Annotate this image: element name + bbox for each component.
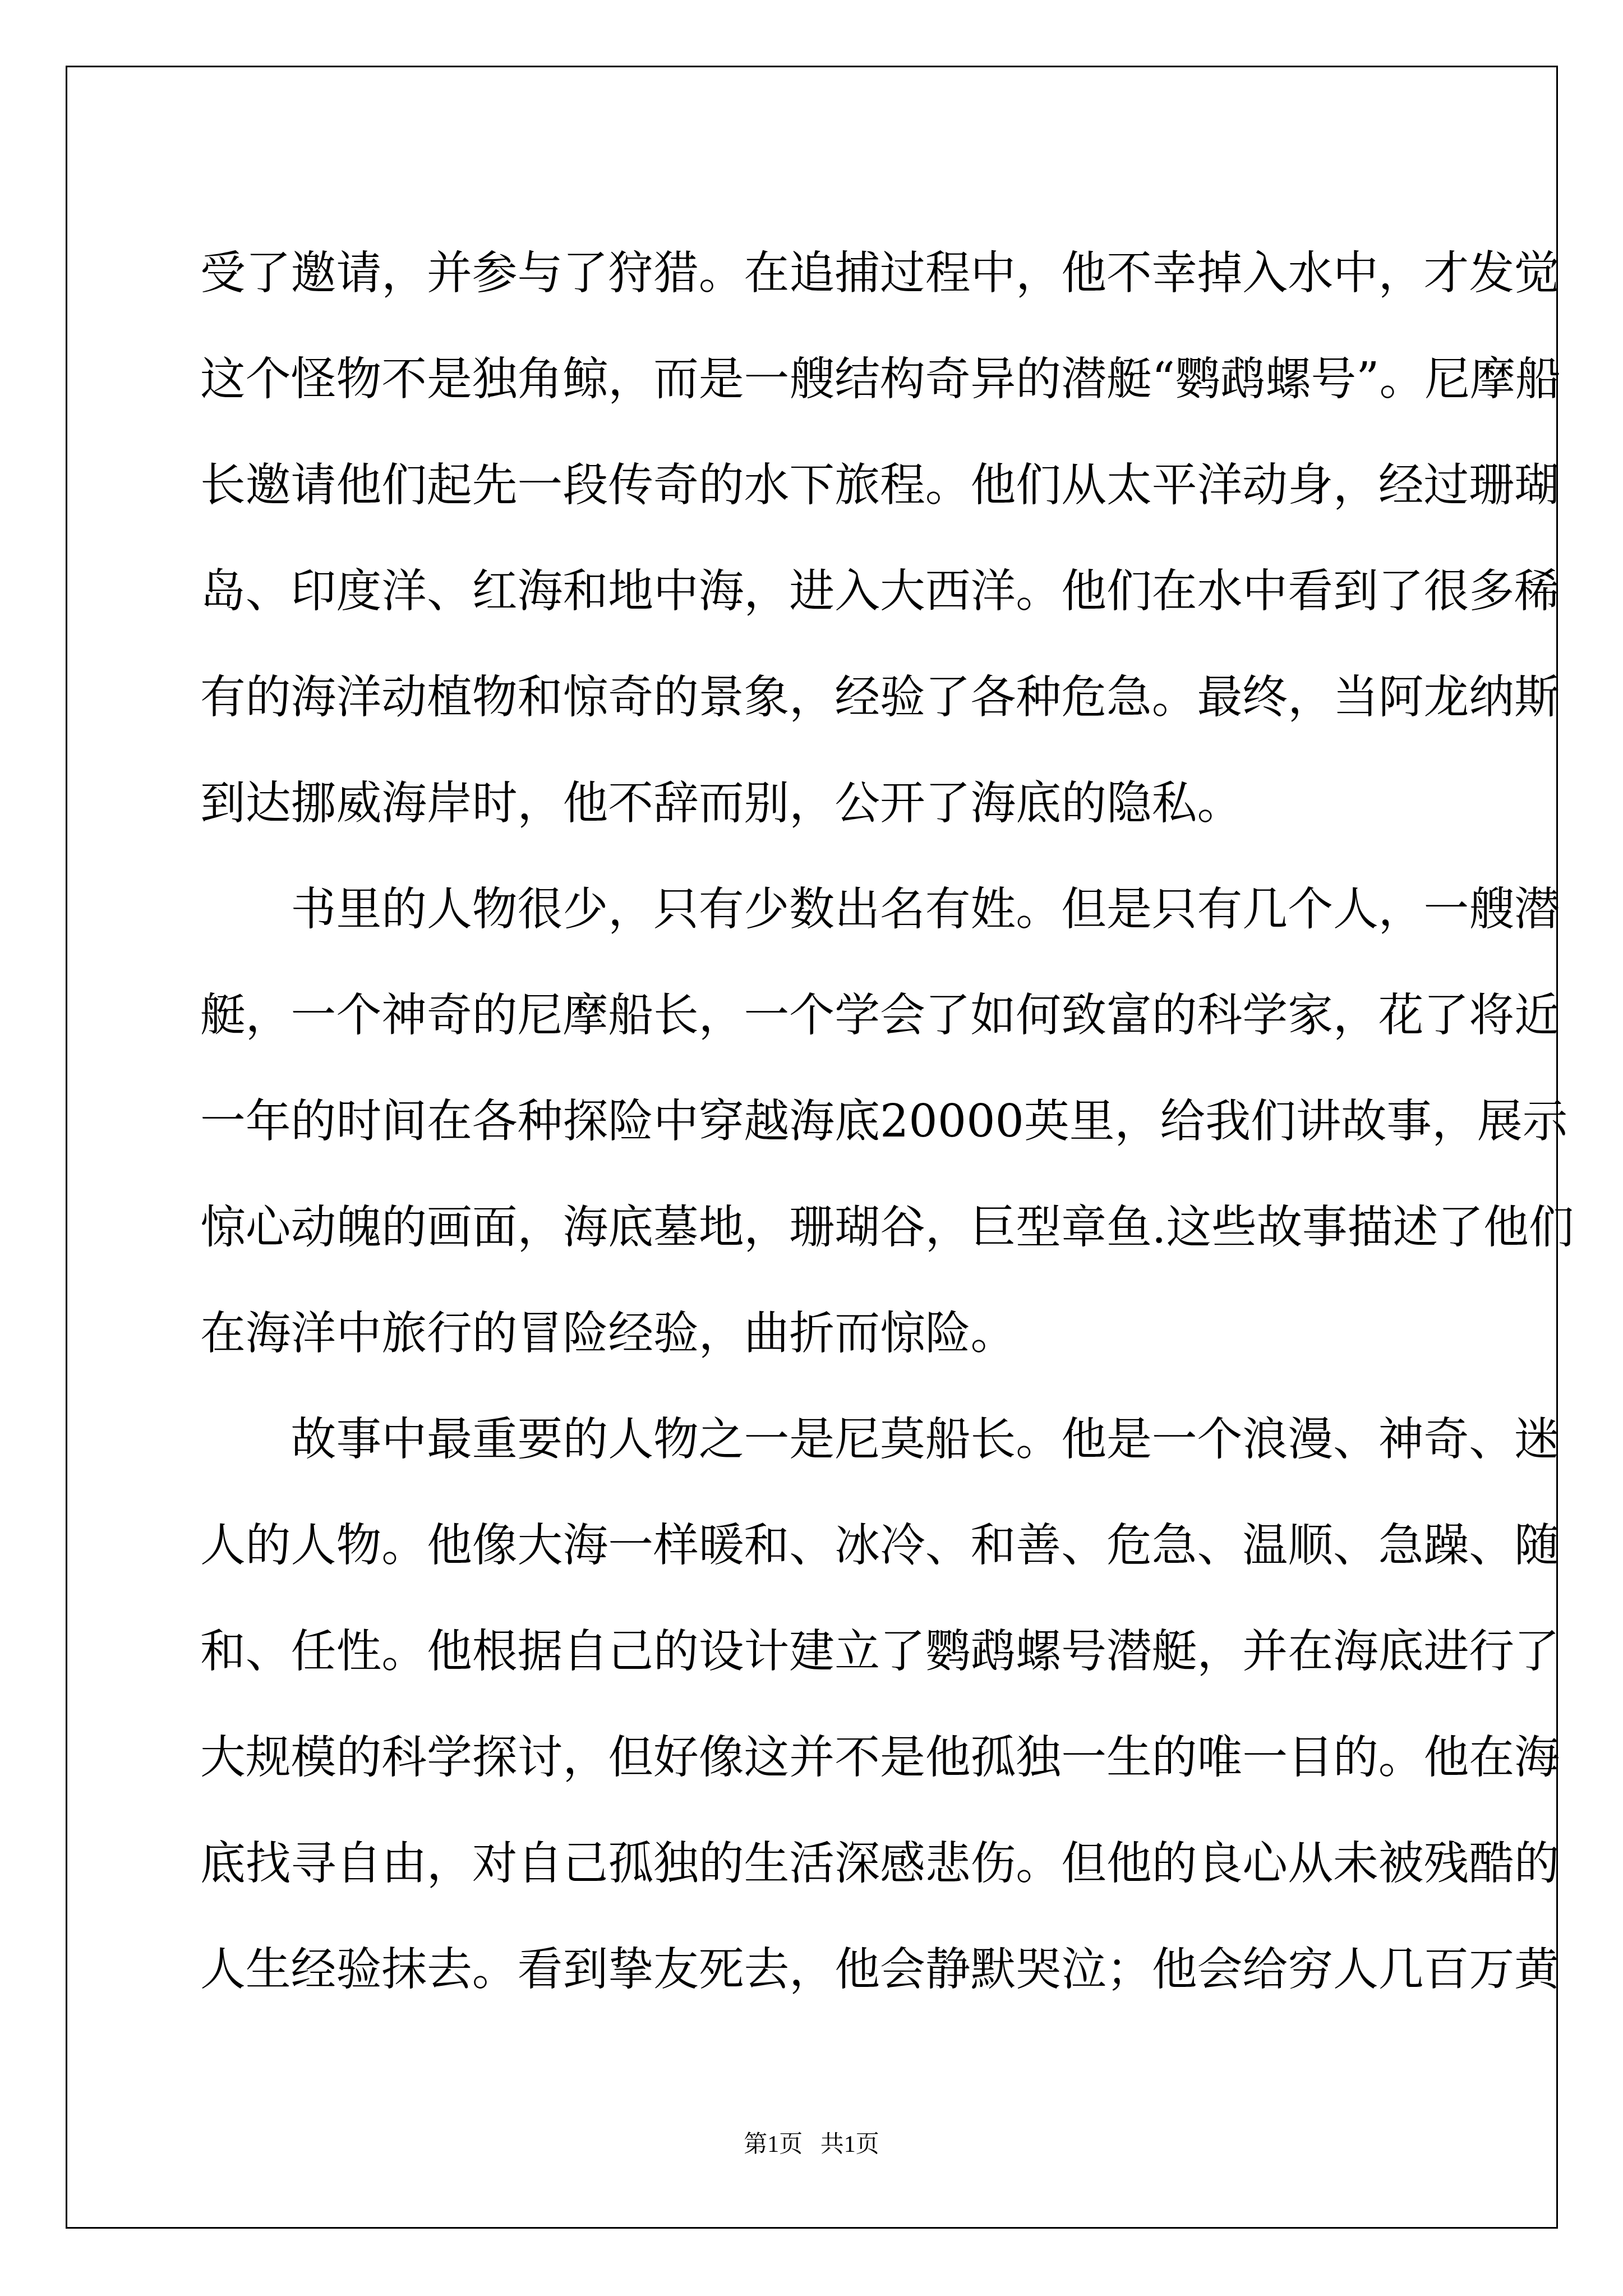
text-line: 惊心动魄的画面，海底墓地，珊瑚谷，巨型章鱼.这些故事描述了他们 [200, 1175, 1425, 1281]
paragraph-1: 受了邀请，并参与了狩猎。在追捕过程中，他不幸掉入水中，才发觉 这个怪物不是独角鲸… [200, 220, 1425, 857]
text-line: 和、任性。他根据自己的设计建立了鹦鹉螺号潜艇，并在海底进行了 [200, 1599, 1425, 1705]
text-line: 受了邀请，并参与了狩猎。在追捕过程中，他不幸掉入水中，才发觉 [200, 220, 1425, 326]
text-line: 底找寻自由，对自己孤独的生活深感悲伤。但他的良心从未被残酷的 [200, 1811, 1425, 1917]
paragraph-2: 书里的人物很少，只有少数出名有姓。但是只有几个人，一艘潜 艇，一个神奇的尼摩船长… [200, 857, 1425, 1387]
text-line: 大规模的科学探讨，但好像这并不是他孤独一生的唯一目的。他在海 [200, 1705, 1425, 1811]
document-body: 受了邀请，并参与了狩猎。在追捕过程中，他不幸掉入水中，才发觉 这个怪物不是独角鲸… [200, 220, 1425, 2023]
text-line: 艇，一个神奇的尼摩船长，一个学会了如何致富的科学家，花了将近 [200, 963, 1425, 1069]
text-line: 一年的时间在各种探险中穿越海底20000英里，给我们讲故事，展示 [200, 1069, 1425, 1175]
text-line: 人的人物。他像大海一样暖和、冰冷、和善、危急、温顺、急躁、随 [200, 1493, 1425, 1599]
page-number-footer: 第1页 共1页 [0, 2129, 1623, 2160]
text-line: 故事中最重要的人物之一是尼莫船长。他是一个浪漫、神奇、迷 [200, 1387, 1425, 1493]
text-line: 在海洋中旅行的冒险经验，曲折而惊险。 [200, 1281, 1425, 1387]
text-line: 到达挪威海岸时，他不辞而别，公开了海底的隐私。 [200, 751, 1425, 857]
text-line: 长邀请他们起先一段传奇的水下旅程。他们从太平洋动身，经过珊瑚 [200, 432, 1425, 539]
text-line: 有的海洋动植物和惊奇的景象，经验了各种危急。最终，当阿龙纳斯 [200, 645, 1425, 751]
text-line: 人生经验抹去。看到挚友死去，他会静默哭泣；他会给穷人几百万黄 [200, 1917, 1425, 2023]
text-line: 书里的人物很少，只有少数出名有姓。但是只有几个人，一艘潜 [200, 857, 1425, 963]
text-line: 这个怪物不是独角鲸，而是一艘结构奇异的潜艇“鹦鹉螺号”。尼摩船 [200, 326, 1425, 432]
text-line: 岛、印度洋、红海和地中海，进入大西洋。他们在水中看到了很多稀 [200, 539, 1425, 645]
paragraph-3: 故事中最重要的人物之一是尼莫船长。他是一个浪漫、神奇、迷 人的人物。他像大海一样… [200, 1387, 1425, 2023]
